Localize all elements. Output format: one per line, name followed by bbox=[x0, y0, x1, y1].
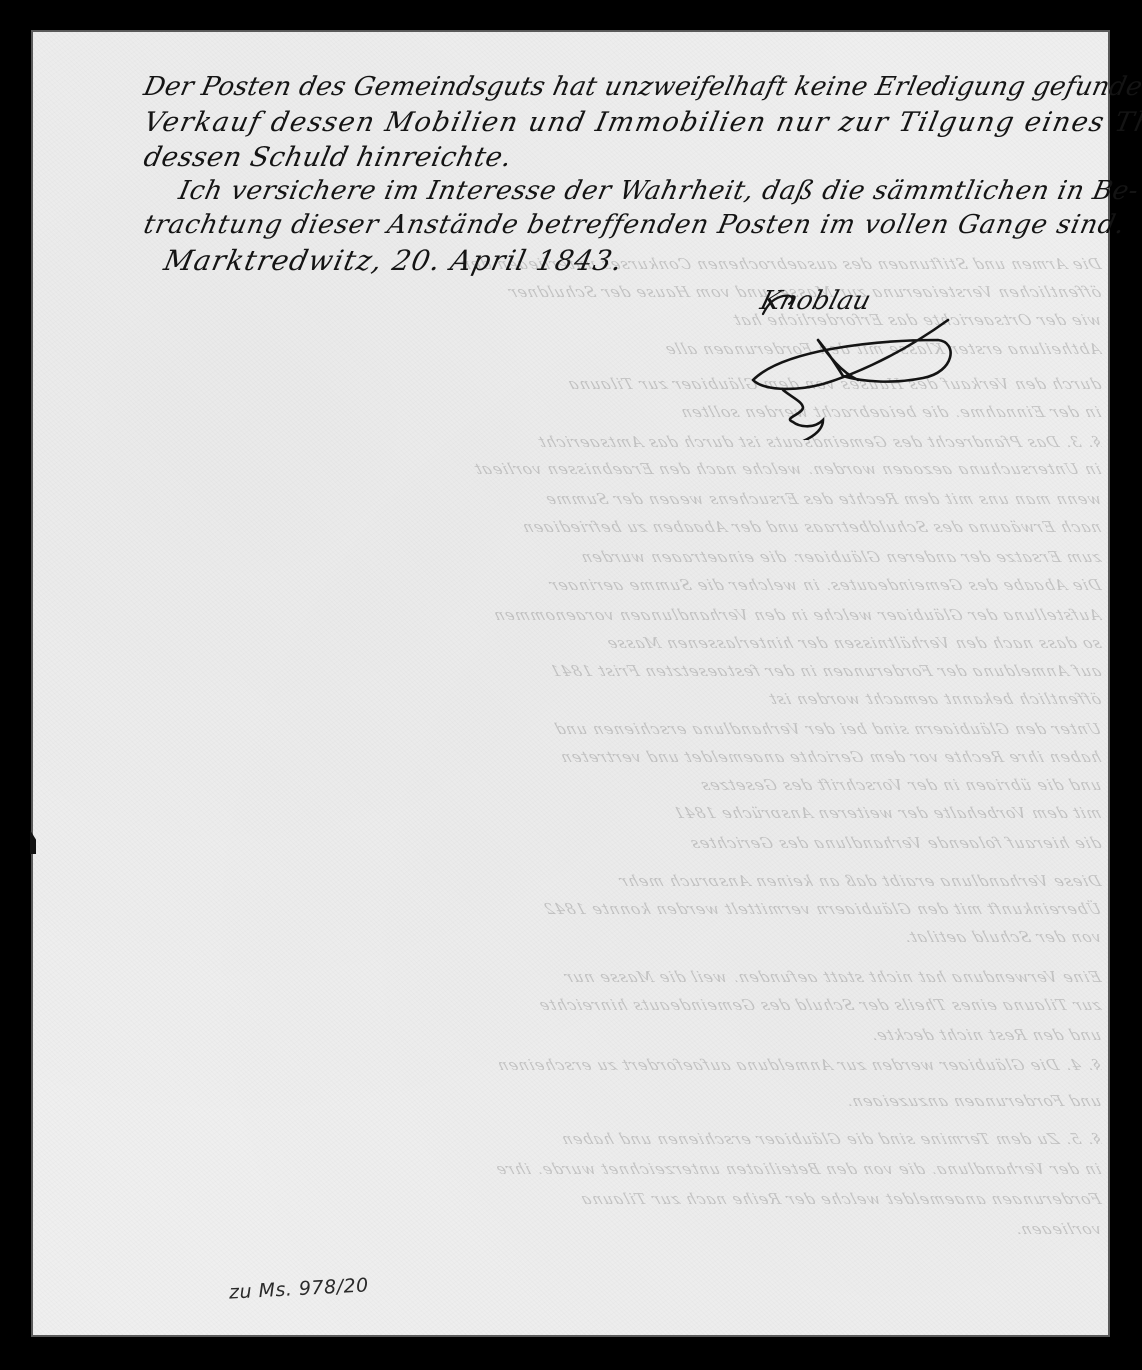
bleed-line: auf Anmeldung der Forderungen in der fes… bbox=[39, 662, 1103, 676]
bleed-line: in der Verhandlung, die von den Beteilig… bbox=[39, 1160, 1103, 1174]
bleed-line: zur Tilgung eines Theils der Schuld des … bbox=[39, 996, 1103, 1010]
bleed-line: öffentlich bekannt gemacht worden ist bbox=[39, 690, 1103, 704]
bleed-line: haben ihre Rechte vor dem Gerichte angem… bbox=[39, 748, 1103, 762]
place-date-line: Marktredwitz, 20. April 1843. bbox=[161, 244, 626, 277]
bleed-line: und die übrigen in der Vorschrift des Ge… bbox=[39, 776, 1103, 790]
bleed-line: Aufstellung der Gläubiger welche in den … bbox=[39, 606, 1103, 620]
bleed-line: wenn man uns mit dem Rechte des Ersuchen… bbox=[39, 490, 1103, 504]
bleed-line: Die Abgabe des Gemeindegutes, in welcher… bbox=[39, 576, 1103, 590]
bleed-line: Unter den Gläubigern sind bei der Verhan… bbox=[39, 720, 1103, 734]
bleed-line: von der Schuld getilgt. bbox=[39, 928, 1103, 942]
bleed-line: nach Erwägung des Schuldbetrags und der … bbox=[39, 518, 1103, 532]
manuscript-page: Die Armen und Stiftungen des ausgebroche… bbox=[31, 30, 1110, 1337]
bleed-line: §. 4. Die Gläubiger werden zur Anmeldung… bbox=[39, 1056, 1103, 1070]
bleed-line: §. 5. Zu dem Termine sind die Gläubiger … bbox=[39, 1130, 1103, 1144]
bleed-line: und Forderungen anzuzeigen. bbox=[39, 1092, 1103, 1106]
bleed-line: die hierauf folgende Verhandlung des Ger… bbox=[39, 834, 1103, 848]
bleed-line: Übereinkunft mit den Gläubigern vermitte… bbox=[39, 900, 1103, 914]
signature-name: Knoblau bbox=[757, 286, 874, 316]
letter-line: Ich versichere im Interesse der Wahrheit… bbox=[176, 176, 1141, 206]
bleed-line: Diese Verhandlung ergibt daß an keinen A… bbox=[39, 872, 1103, 886]
letter-line: Der Posten des Gemeindsguts hat unzweife… bbox=[141, 72, 1142, 102]
letter-line: dessen Schuld hinreichte. bbox=[141, 142, 515, 173]
letter-line: Verkauf dessen Mobilien und Immobilien n… bbox=[141, 107, 1142, 138]
bleed-line: Forderungen angemeldet welche der Reihe … bbox=[39, 1190, 1103, 1204]
signature: Knoblau bbox=[723, 280, 963, 440]
bleed-line: vorliegen. bbox=[39, 1220, 1103, 1234]
bleed-line: in Untersuchung gezogen worden, welche n… bbox=[39, 460, 1103, 474]
bleed-line: mit dem Vorbehalte der weiteren Ansprüch… bbox=[39, 804, 1103, 818]
bleed-line: und den Rest nicht deckte. bbox=[39, 1026, 1103, 1040]
bleed-line: Eine Verwendung hat nicht statt gefunden… bbox=[39, 968, 1103, 982]
bleed-line: so dass nach den Verhältnissen der hinte… bbox=[39, 634, 1103, 648]
bleed-line: zum Ersatze der anderen Gläubiger, die e… bbox=[39, 548, 1103, 562]
letter-line: trachtung dieser Anstände betreffenden P… bbox=[141, 210, 1128, 240]
